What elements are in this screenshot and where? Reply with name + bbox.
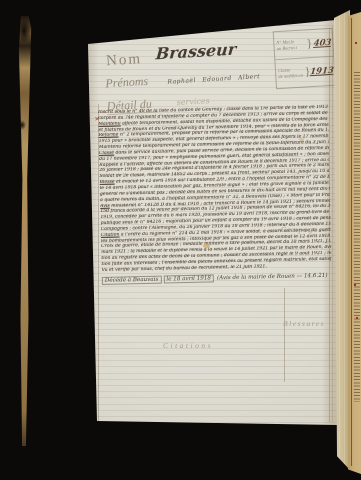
death-date: le 18 avril 1918 (163, 274, 214, 283)
death-place: Décédé à Beauvais (102, 275, 162, 284)
spine-stain (18, 120, 26, 130)
matricule-label: N° Mat.leau Recrut.t (274, 38, 307, 51)
red-ink-speck (356, 317, 358, 319)
register-page: Nom Brasseur Prénoms Raphaël Edouard Alb… (85, 20, 338, 427)
death-notice-source: (Avis de la mairie de Rouen — 14.6.21) (216, 272, 329, 281)
classe-label: Classede mobilis.on (276, 67, 305, 79)
printed-border-line (351, 18, 352, 466)
matricule-box: N° Mat.leau Recrut.t } 403 Classede mobi… (273, 28, 336, 89)
detail-section-suffix: services (176, 96, 210, 107)
tiny-handwriting-texture (354, 72, 360, 402)
column-divider (284, 288, 285, 382)
nom-label: Nom (106, 51, 143, 70)
red-ink-speck (354, 284, 356, 286)
classe-number: 1913 (310, 65, 335, 76)
citations-section-label: Citations (163, 341, 213, 350)
prenoms-value-handwritten: Raphaël Edouard Albert (167, 73, 260, 85)
next-page-edge (348, 12, 361, 474)
classe-row: Classede mobilis.on } 1913 (275, 56, 335, 87)
handwriting-block: Inscrit sous le n° 48 de la liste du can… (98, 105, 332, 274)
service-record-body: Inscrit sous le n° 48 de la liste du can… (98, 105, 332, 284)
blessures-section-label: Blessures (283, 319, 325, 328)
prenoms-label: Prénoms (105, 74, 148, 92)
matricule-row: N° Mat.leau Recrut.t } 403 (274, 29, 333, 59)
scanned-register-photo: { "colors":{"black_background":"#0b0a08"… (0, 0, 361, 480)
nom-value-handwritten: Brasseur (155, 39, 237, 63)
death-notice-line: Décédé à Beauvaisle 18 avril 1918(Avis d… (102, 272, 332, 283)
matricule-number: 403 (312, 37, 333, 48)
campagnes-section-label: Campagnes (281, 226, 328, 234)
spine-stain (17, 18, 31, 44)
red-ink-speck (355, 42, 357, 44)
book-spine-strip (16, 16, 32, 446)
